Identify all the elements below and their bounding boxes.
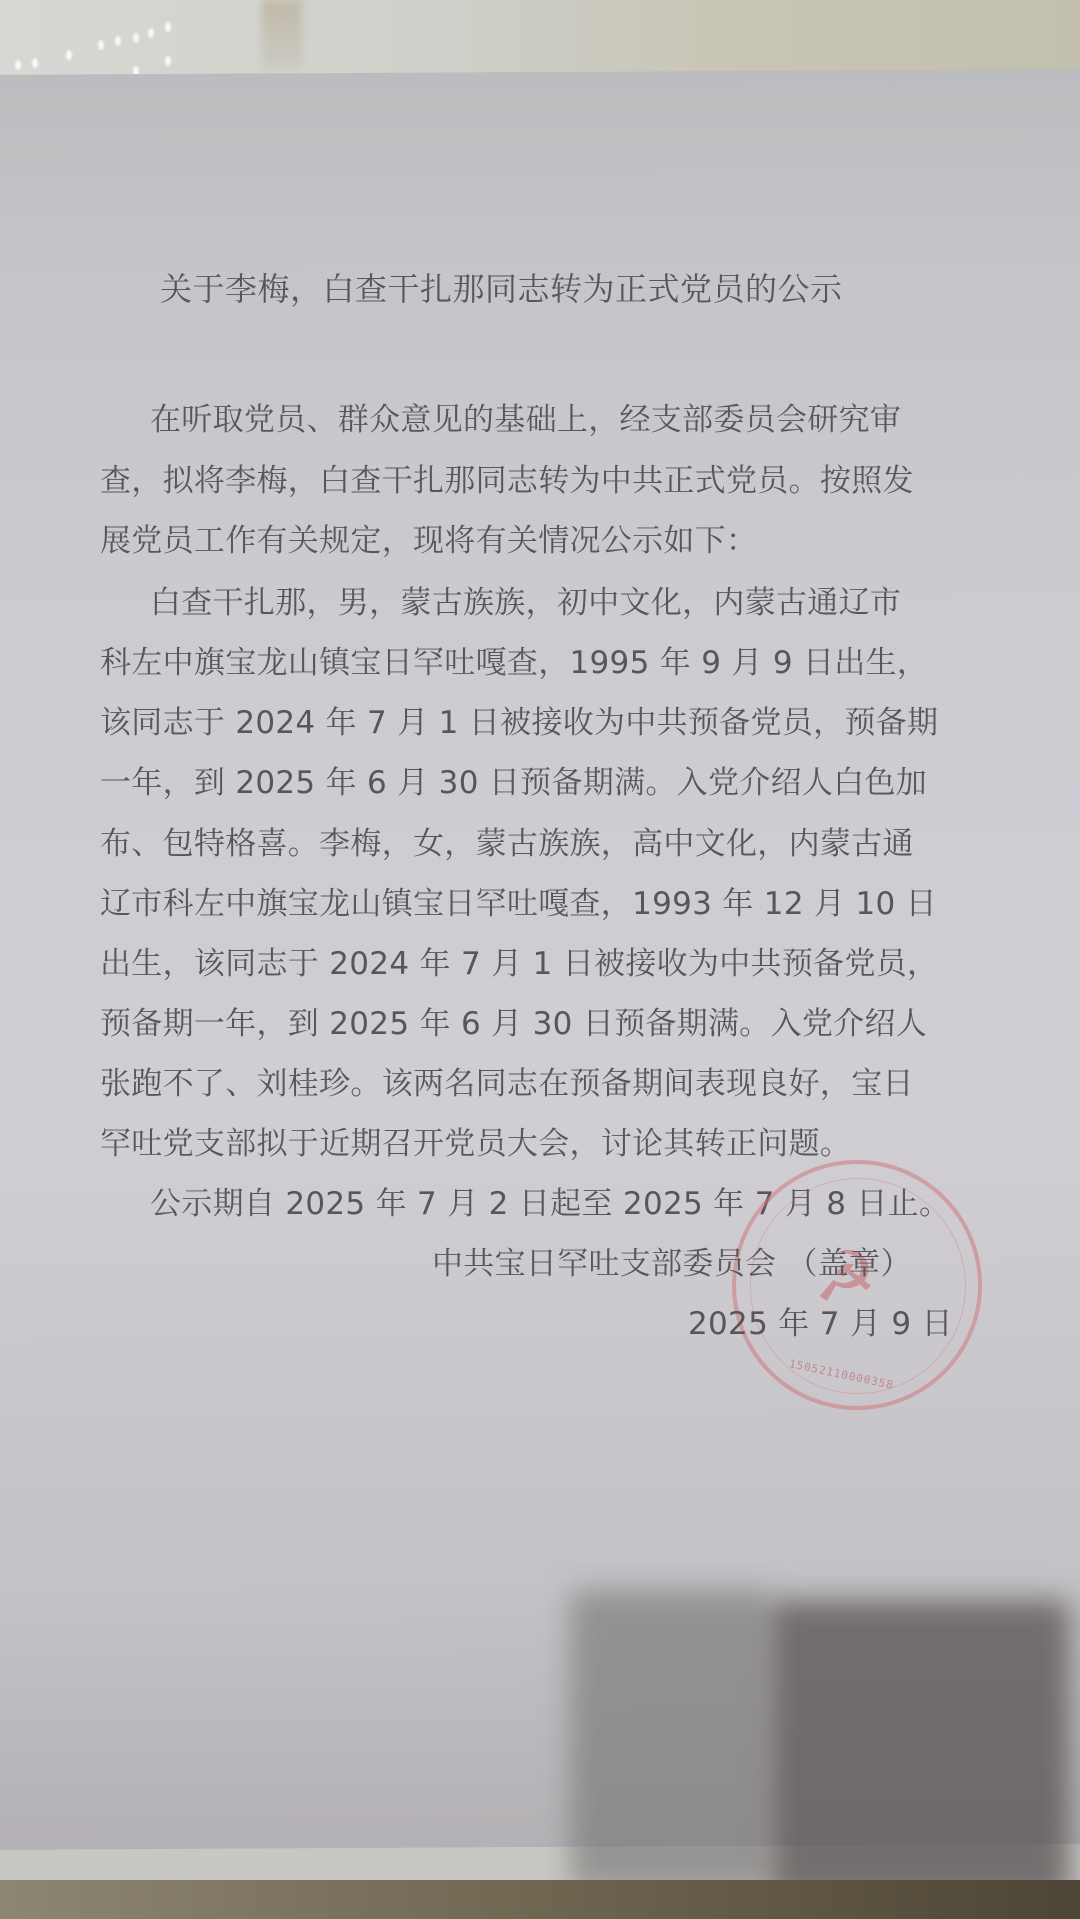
official-seal: ☭ 150521100003​58 <box>732 1160 982 1410</box>
light-reflection <box>15 60 21 70</box>
body-line: 罕吐党支部拟于近期召开党员大会，讨论其转正问题。 <box>100 1118 851 1163</box>
body-line: 出生，该同志于 2024 年 7 月 1 日被接收为中共预备党员， <box>100 938 938 983</box>
floor <box>0 1880 1080 1919</box>
body-line: 预备期一年，到 2025 年 6 月 30 日预备期满。入党介绍人 <box>100 998 927 1043</box>
light-reflection <box>165 56 171 66</box>
body-line: 布、包特格喜。李梅，女，蒙古族族，高中文化，内蒙古通 <box>100 818 914 863</box>
wall-stain <box>262 0 302 68</box>
light-reflection <box>165 22 171 32</box>
body-line: 一年，到 2025 年 6 月 30 日预备期满。入党介绍人白色加 <box>100 757 927 802</box>
body-line: 展党员工作有关规定，现将有关情况公示如下： <box>100 515 757 560</box>
light-reflection <box>66 50 72 60</box>
body-line: 科左中旗宝龙山镇宝日罕吐嘎查，1995 年 9 月 9 日出生， <box>100 637 928 682</box>
body-line: 白查干扎那，男，蒙古族族，初中文化，内蒙古通辽市 <box>150 577 901 622</box>
body-line: 查，拟将李梅，白查干扎那同志转为中共正式党员。按照发 <box>100 455 914 500</box>
document-title: 关于李梅，白查干扎那同志转为正式党员的公示 <box>160 264 843 310</box>
light-reflection <box>32 58 38 68</box>
signature-line: 中共宝日罕吐支部委员会 （盖章） <box>432 1238 912 1283</box>
hand-shadow <box>570 1590 770 1890</box>
body-line: 张跑不了、刘桂珍。该两名同志在预备期间表现良好，宝日 <box>100 1058 914 1103</box>
phone-shadow <box>770 1600 1070 1900</box>
light-reflection <box>98 40 104 50</box>
document-date: 2025 年 7 月 9 日 <box>688 1298 953 1343</box>
body-line: 辽市科左中旗宝龙山镇宝日罕吐嘎查，1993 年 12 月 10 日 <box>100 878 937 923</box>
body-line: 在听取党员、群众意见的基础上，经支部委员会研究审 <box>150 394 901 439</box>
body-line: 该同志于 2024 年 7 月 1 日被接收为中共预备党员，预备期 <box>100 697 938 742</box>
light-reflection <box>148 28 154 38</box>
light-reflection <box>115 36 121 46</box>
wall-background <box>0 0 1080 80</box>
light-reflection <box>133 33 139 43</box>
